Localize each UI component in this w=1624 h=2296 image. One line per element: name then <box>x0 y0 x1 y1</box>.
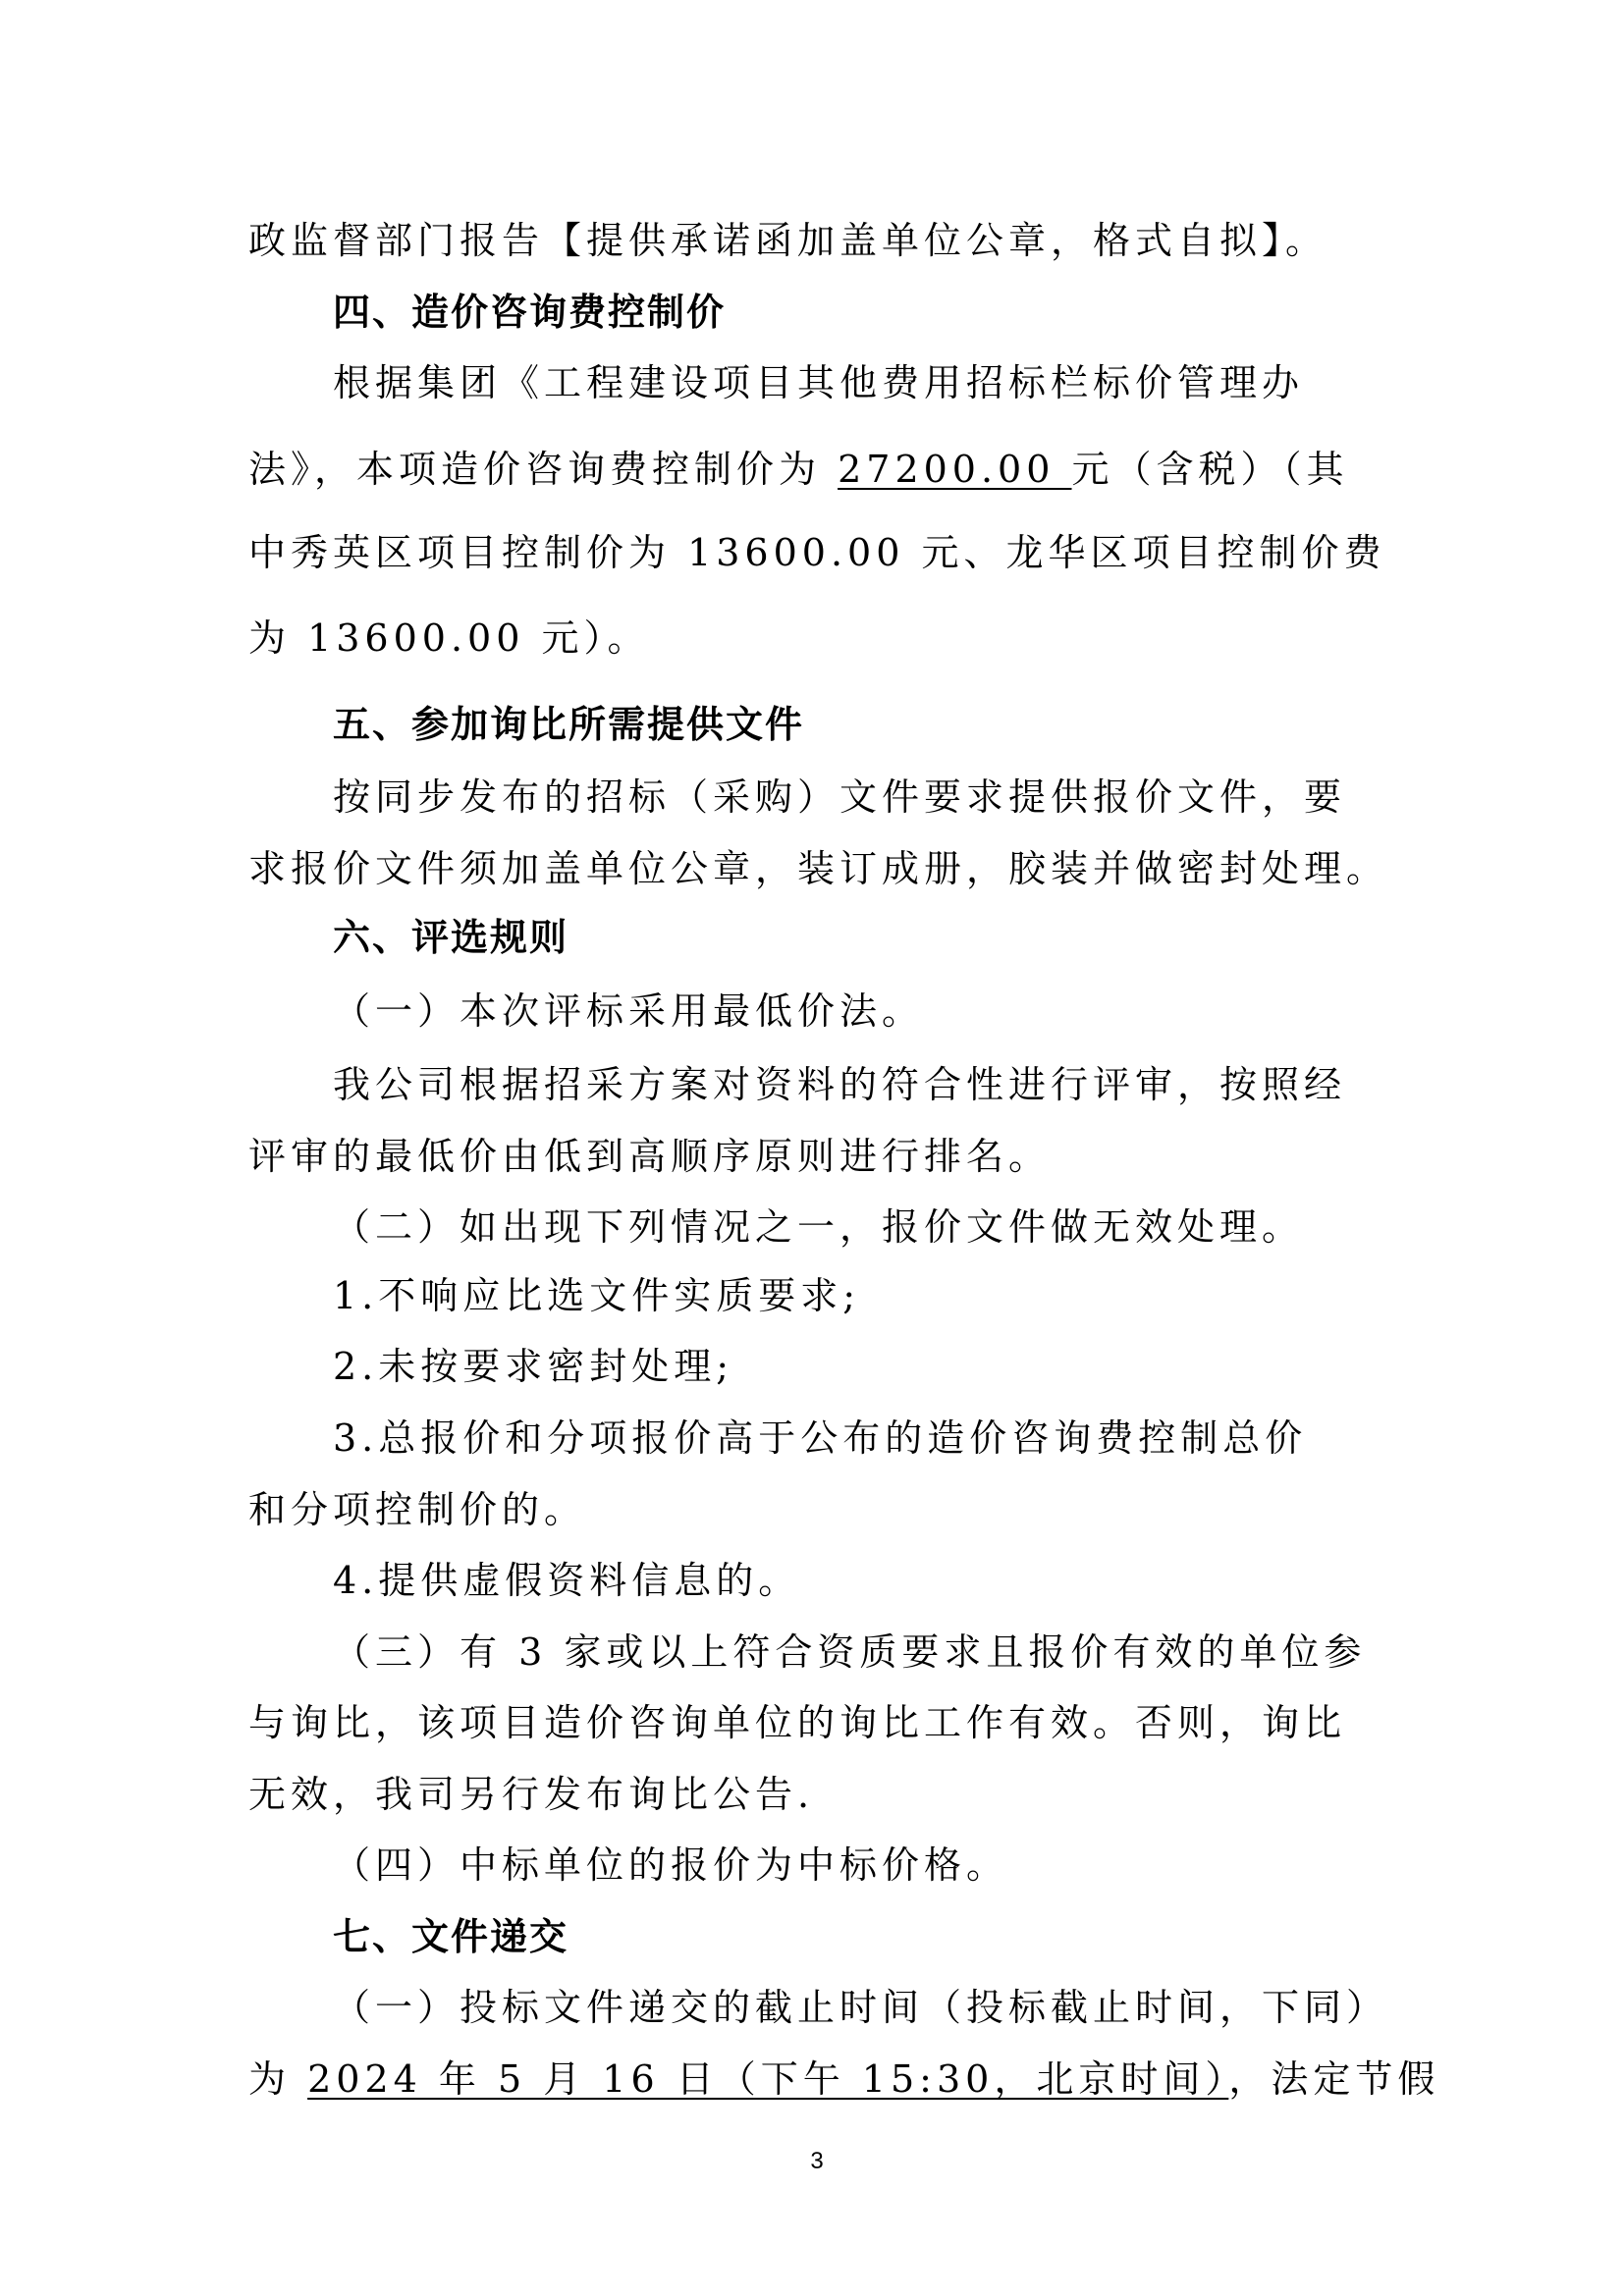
deadline-value: 2024 年 5 月 16 日（下午 15:30，北京时间） <box>307 2057 1228 2101</box>
paragraph-line: （二）如出现下列情况之一，报价文件做无效处理。 <box>248 1203 1472 1251</box>
paragraph-line: （一）投标文件递交的截止时间（投标截止时间，下同） <box>248 1984 1472 2031</box>
list-item-continuation: 和分项控制价的。 <box>248 1486 1387 1533</box>
text-post: 元（含税）（其 <box>1072 448 1349 491</box>
paragraph-line-control-price: 法》，本项造价咨询费控制价为 27200.00 元（含税）（其 <box>248 446 1387 493</box>
section-heading-5: 五、参加询比所需提供文件 <box>248 701 1472 748</box>
paragraph-line: 中秀英区项目控制价为 13600.00 元、龙华区项目控制价费 <box>248 529 1387 576</box>
paragraph-line: 按同步发布的招标（采购）文件要求提供报价文件，要 <box>248 774 1472 821</box>
paragraph-line: 根据集团《工程建设项目其他费用招标栏标价管理办 <box>248 359 1472 406</box>
paragraph-line: 无效，我司另行发布询比公告. <box>248 1771 1387 1818</box>
document-page: 政监督部门报告【提供承诺函加盖单位公章，格式自拟】。 四、造价咨询费控制价 根据… <box>0 0 1624 2296</box>
section-heading-4: 四、造价咨询费控制价 <box>248 289 1472 336</box>
list-item: 1.不响应比选文件实质要求; <box>248 1272 1472 1319</box>
paragraph-line: 政监督部门报告【提供承诺函加盖单位公章，格式自拟】。 <box>248 217 1387 264</box>
section-heading-6: 六、评选规则 <box>248 914 1472 961</box>
paragraph-line: 与询比，该项目造价咨询单位的询比工作有效。否则，询比 <box>248 1699 1387 1746</box>
section-heading-7: 七、文件递交 <box>248 1913 1472 1960</box>
paragraph-line: 我公司根据招采方案对资料的符合性进行评审，按照经 <box>248 1061 1472 1108</box>
paragraph-line: （四）中标单位的报价为中标价格。 <box>248 1842 1472 1889</box>
text-pre: 为 <box>248 2057 307 2101</box>
paragraph-line: 评审的最低价由低到高顺序原则进行排名。 <box>248 1133 1387 1180</box>
list-item: 3.总报价和分项报价高于公布的造价咨询费控制总价 <box>248 1415 1472 1462</box>
page-number: 3 <box>802 2148 832 2175</box>
paragraph-line: （一）本次评标采用最低价法。 <box>248 988 1472 1035</box>
list-item: 4.提供虚假资料信息的。 <box>248 1557 1472 1604</box>
control-price-value: 27200.00 <box>838 448 1071 491</box>
paragraph-line: 求报价文件须加盖单位公章，装订成册，胶装并做密封处理。 <box>248 845 1387 892</box>
list-item: 2.未按要求密封处理; <box>248 1343 1472 1390</box>
paragraph-line: 为 13600.00 元）。 <box>248 614 1387 662</box>
paragraph-line-deadline: 为 2024 年 5 月 16 日（下午 15:30，北京时间），法定节假 <box>248 2056 1387 2103</box>
text-post: ，法定节假 <box>1228 2057 1439 2101</box>
paragraph-line: （三）有 3 家或以上符合资质要求且报价有效的单位参 <box>248 1629 1472 1676</box>
text-pre: 法》，本项造价咨询费控制价为 <box>248 448 838 491</box>
